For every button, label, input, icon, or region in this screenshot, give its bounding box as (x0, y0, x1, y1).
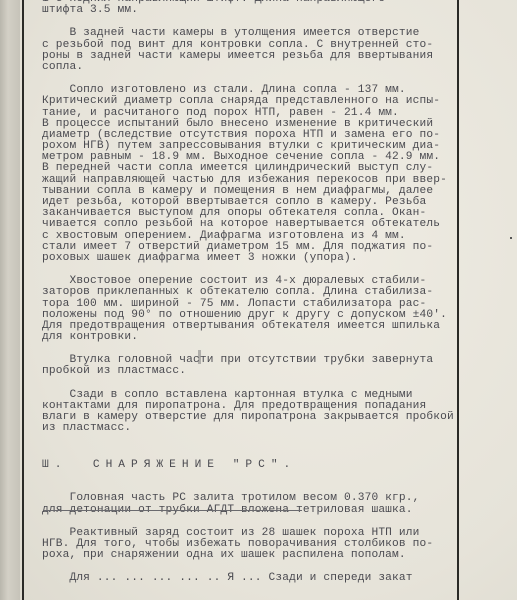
text-line: Критический диаметр сопла снаряда предст… (42, 96, 472, 107)
text-line: тание, и расчитаного под порох НТП, раве… (42, 108, 472, 119)
text-line: из пластмасс. (42, 423, 472, 434)
text-line: Для ... ... ... ... .. Я ... Сзади и спе… (42, 573, 472, 584)
text-line: роховых шашек диафрагма имеет 3 ножки (у… (42, 253, 472, 264)
text-line: чивается сопло резьбой на которое наверт… (42, 219, 472, 230)
text-line: В передней части сопла имеется цилиндрич… (42, 163, 472, 174)
text-line: заторов приклепанных к обтекателю сопла.… (42, 287, 472, 298)
section-heading-underline (44, 510, 302, 511)
text-line: Головная часть РС залита тротилом весом … (42, 493, 472, 504)
document-body: 1-е ходнил направляющий штифт. Длина нап… (42, 0, 472, 585)
text-line: роха, при снаряжении одна их шашек распи… (42, 550, 472, 561)
text-line: В задней части камеры в утолщения имеетс… (42, 28, 472, 39)
text-line: тора 100 мм. шириной - 75 мм. Лопасти ст… (42, 299, 472, 310)
ink-dot (510, 237, 512, 239)
page-binding-strip (0, 0, 20, 600)
text-line: сопла. (42, 62, 472, 73)
left-margin-rule (22, 0, 24, 600)
text-line: штифта 3.5 мм. (42, 5, 472, 16)
section-heading: Ш. СНАРЯЖЕНИЕ "РС". (42, 460, 472, 474)
text-line: пробкой из пластмасс. (42, 366, 472, 377)
text-line: для контровки. (42, 332, 472, 343)
text-line: роны в задней части камеры имеется резьб… (42, 51, 472, 62)
